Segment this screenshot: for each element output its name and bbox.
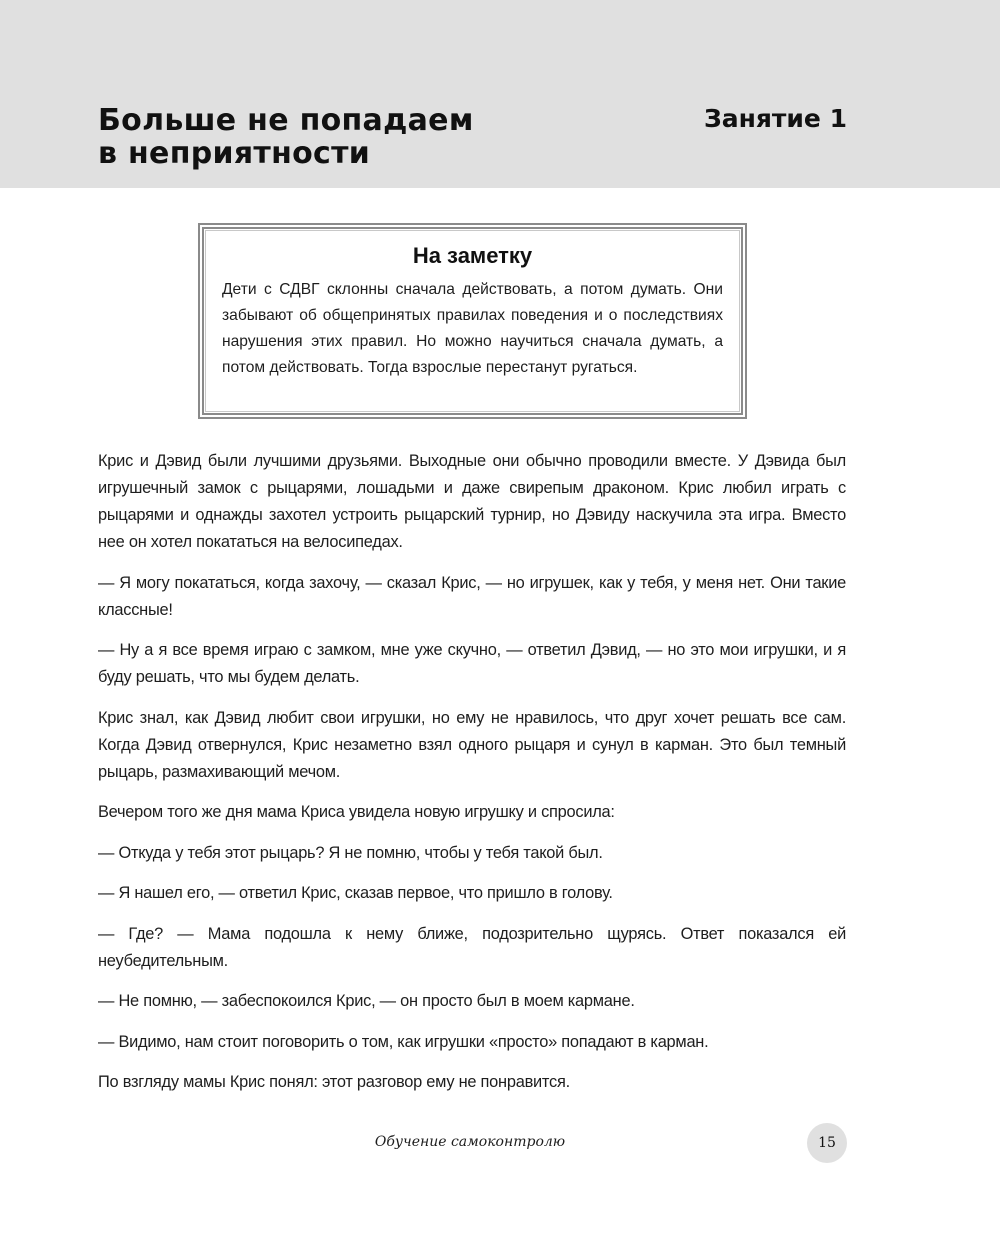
lesson-label: Занятие 1 [704, 104, 847, 133]
paragraph: — Где? — Мама подошла к нему ближе, подо… [98, 921, 846, 975]
paragraph: Крис и Дэвид были лучшими друзьями. Выхо… [98, 448, 846, 556]
running-footer-title: Обучение самоконтролю [0, 1134, 940, 1150]
paragraph: Вечером того же дня мама Криса увидела н… [98, 799, 846, 826]
note-box-inner: На заметку Дети с СДВГ склонны сначала д… [202, 227, 743, 415]
paragraph: — Откуда у тебя этот рыцарь? Я не помню,… [98, 840, 846, 867]
paragraph: — Не помню, — забеспокоился Крис, — он п… [98, 988, 846, 1015]
paragraph: — Видимо, нам стоит поговорить о том, ка… [98, 1029, 846, 1056]
note-box: На заметку Дети с СДВГ склонны сначала д… [198, 223, 747, 419]
note-text: Дети с СДВГ склонны сначала действовать,… [222, 277, 723, 381]
paragraph: Крис знал, как Дэвид любит свои игрушки,… [98, 705, 846, 786]
chapter-title-line-2: в неприятности [98, 137, 474, 170]
note-title: На заметку [222, 243, 723, 269]
chapter-title-line-1: Больше не попадаем [98, 104, 474, 137]
paragraph: — Я могу покататься, когда захочу, — ска… [98, 570, 846, 624]
paragraph: — Ну а я все время играю с замком, мне у… [98, 637, 846, 691]
page-number: 15 [807, 1123, 847, 1163]
body-text: Крис и Дэвид были лучшими друзьями. Выхо… [98, 448, 846, 1110]
paragraph: По взгляду мамы Крис понял: этот разгово… [98, 1069, 846, 1096]
chapter-title: Больше не попадаем в неприятности [98, 104, 474, 170]
paragraph: — Я нашел его, — ответил Крис, сказав пе… [98, 880, 846, 907]
